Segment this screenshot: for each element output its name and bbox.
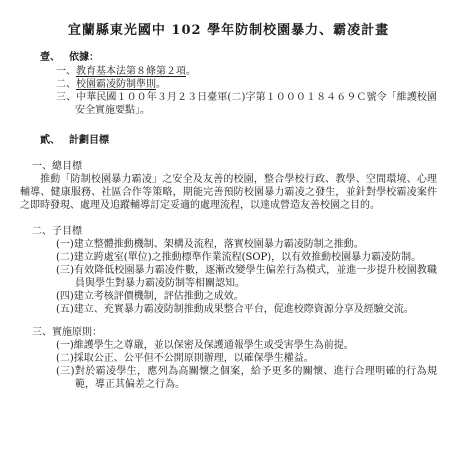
principles-item-1: (一)維護學生之尊嚴，並以保密及保護通報學生或受害學生為前提。: [56, 339, 437, 352]
sub-goal-item-5: (五)建立、充實暴力霸凌防制推動成果整合平台，促進校際資源分享及經驗交流。: [56, 303, 437, 316]
basis-item-2: 二、校園霸凌防制準則。: [56, 78, 437, 91]
section-objectives-heading: 貳、計劃目標: [40, 134, 437, 147]
sub-goal-heading: 二、子目標: [32, 225, 437, 238]
sub-goal-item-4: (四)建立考核評價機制，評估推動之成效。: [56, 290, 437, 303]
page-title: 宜蘭縣東光國中 102 學年防制校園暴力、霸凌計畫: [20, 22, 437, 39]
general-goal-heading: 一、總目標: [32, 160, 437, 173]
basis-item-2-number: 二、: [56, 79, 76, 90]
basis-item-2-text: 校園霸凌防制準則: [76, 79, 156, 90]
principles-item-3: (三)對於霸凌學生，應列為高關懷之個案，給予更多的關懷、進行合理明確的行為規範，…: [56, 365, 437, 391]
principles-heading: 三、實施原則：: [32, 326, 437, 339]
section-basis-number: 壹、: [40, 52, 60, 63]
basis-item-1-text: 教育基本法第８條第２項: [76, 66, 186, 77]
section-basis-label: 依據：: [69, 52, 99, 63]
basis-item-1-tail: 。: [186, 66, 196, 77]
basis-item-3: 三、中華民國１００年３月２３日臺軍(二)字第１０００１８４６９Ｃ號令「維護校園安…: [56, 91, 437, 117]
general-goal-paragraph: 推動「防制校園暴力霸凌」之安全及友善的校園，整合學校行政、教學、空間環境、心理輔…: [20, 173, 437, 212]
basis-item-1-number: 一、: [56, 66, 76, 77]
basis-item-1: 一、教育基本法第８條第２項。: [56, 65, 437, 78]
document-page: 宜蘭縣東光國中 102 學年防制校園暴力、霸凌計畫 壹、依據： 一、教育基本法第…: [0, 0, 453, 453]
basis-item-2-tail: 。: [156, 79, 166, 90]
sub-goal-item-2: (二)建立跨處室(單位)之推動標準作業流程(SOP)，以有效推動校園暴力霸凌防制…: [56, 251, 437, 264]
basis-item-3-number: 三、: [56, 92, 76, 103]
basis-item-3-text: 中華民國１００年３月２３日臺軍(二)字第１０００１８４６９Ｃ號令「維護校園安全實…: [75, 92, 437, 116]
section-objectives-label: 計劃目標: [69, 135, 109, 146]
section-objectives-number: 貳、: [40, 135, 60, 146]
sub-goal-item-1: (一)建立整體推動機制、架構及流程，落實校園暴力霸凌防制之推動。: [56, 238, 437, 251]
section-basis-heading: 壹、依據：: [40, 51, 437, 64]
sub-goal-item-3: (三)有效降低校園暴力霸凌件數，逐漸改變學生偏差行為模式，並進一步提升校園教職員…: [56, 264, 437, 290]
principles-item-2: (二)採取公正、公平但不公開原則辦理，以確保學生權益。: [56, 352, 437, 365]
